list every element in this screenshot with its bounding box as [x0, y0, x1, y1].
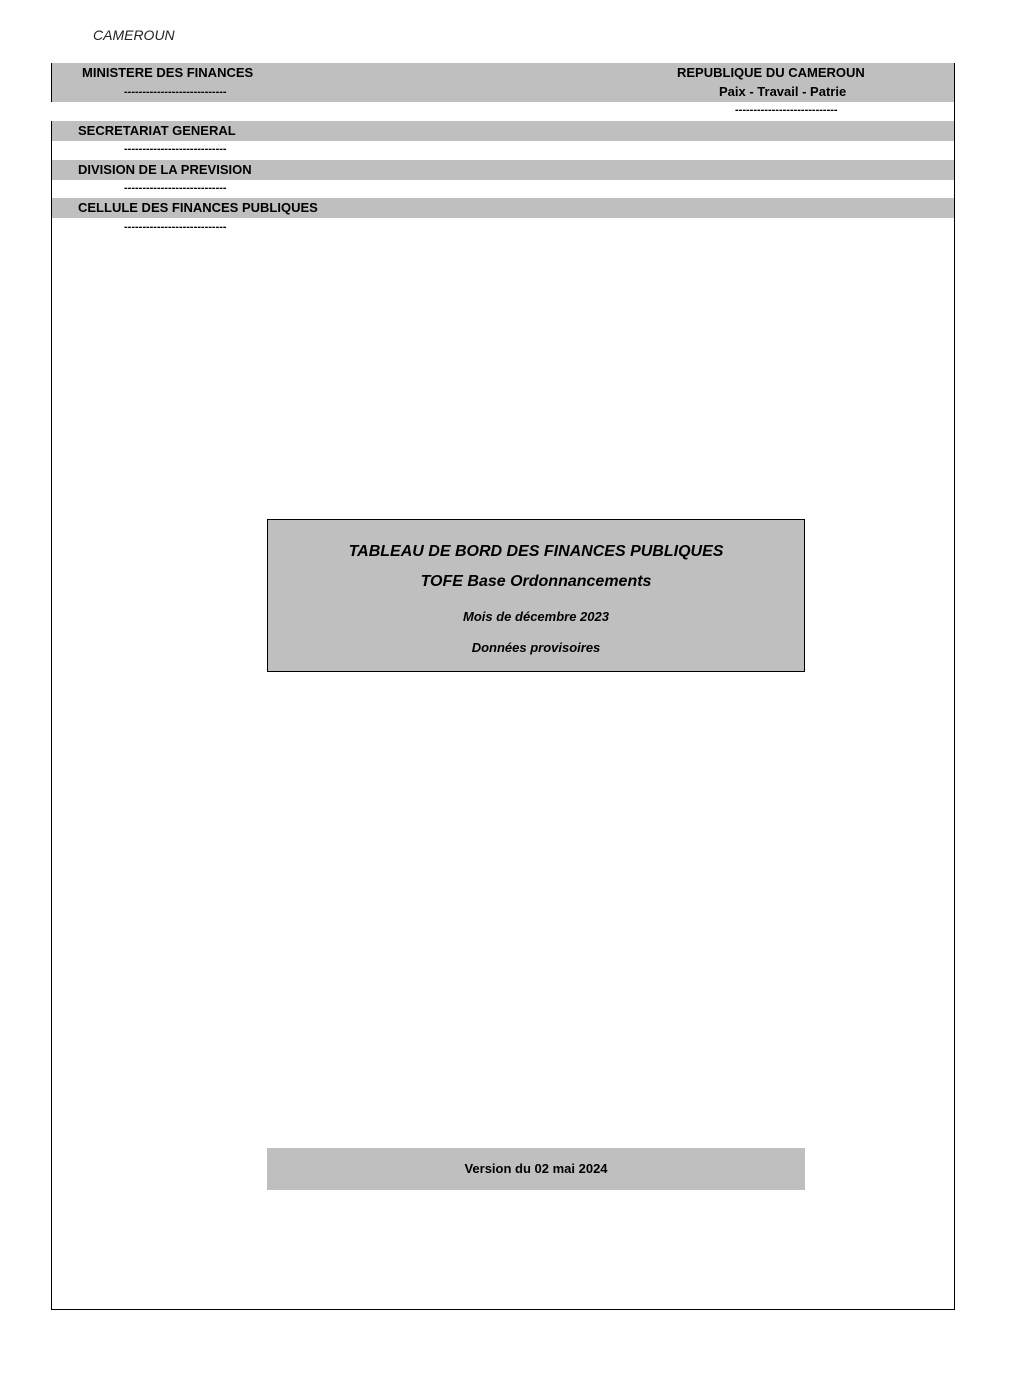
document-title: TABLEAU DE BORD DES FINANCES PUBLIQUES	[268, 543, 804, 561]
frame-bottom-border	[51, 1309, 955, 1310]
frame-left-border-top	[51, 63, 52, 102]
frame-right-border	[954, 63, 955, 1310]
title-box: TABLEAU DE BORD DES FINANCES PUBLIQUES T…	[267, 519, 805, 672]
secretariat-label: SECRETARIAT GENERAL	[78, 123, 236, 138]
document-subtitle: TOFE Base Ordonnancements	[268, 573, 804, 591]
ministry-separator: ----------------------------	[124, 86, 227, 98]
republic-separator: ----------------------------	[735, 104, 838, 116]
division-separator: ----------------------------	[124, 182, 227, 194]
secretariat-separator: ----------------------------	[124, 143, 227, 155]
frame-left-border	[51, 121, 52, 1310]
ministry-label: MINISTERE DES FINANCES	[82, 65, 253, 80]
version-label: Version du 02 mai 2024	[267, 1148, 805, 1190]
cell-separator: ----------------------------	[124, 221, 227, 233]
country-label: CAMEROUN	[93, 27, 175, 43]
document-period: Mois de décembre 2023	[268, 609, 804, 624]
cell-label: CELLULE DES FINANCES PUBLIQUES	[78, 200, 318, 215]
division-label: DIVISION DE LA PREVISION	[78, 162, 252, 177]
motto-label: Paix - Travail - Patrie	[719, 84, 846, 99]
republic-label: REPUBLIQUE DU CAMEROUN	[677, 65, 865, 80]
document-status: Données provisoires	[268, 640, 804, 655]
